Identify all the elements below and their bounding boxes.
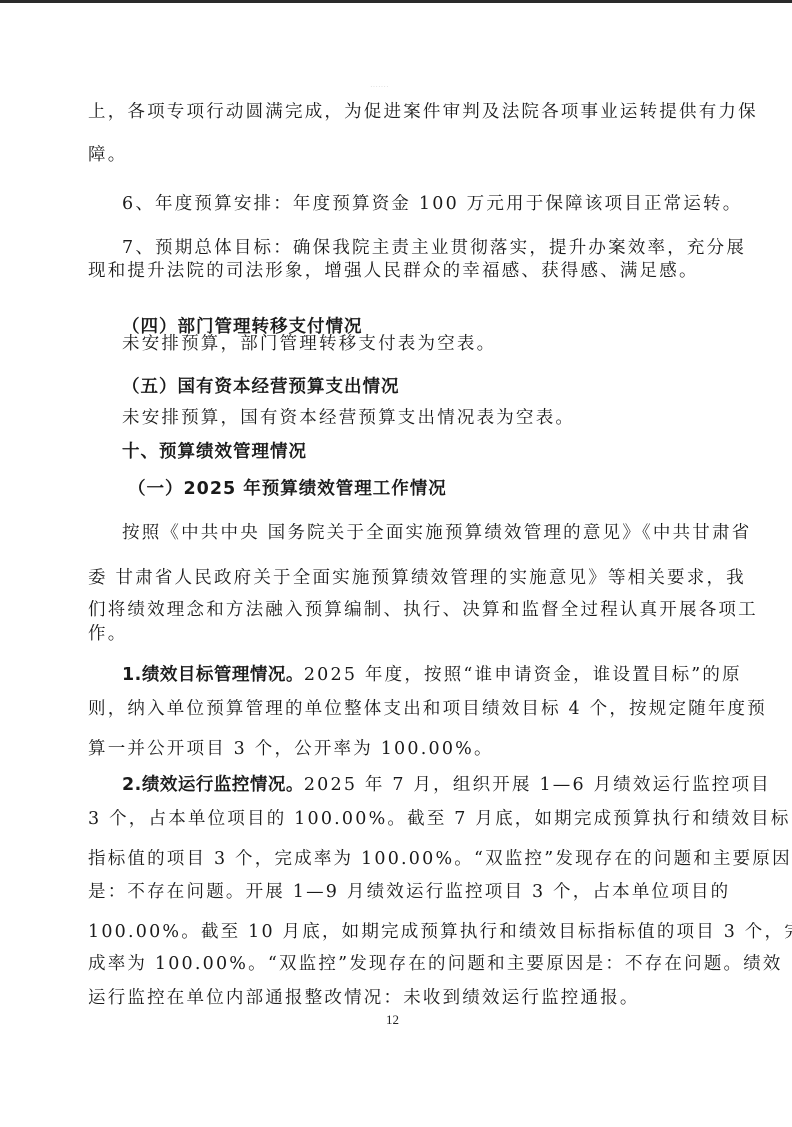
paragraph-line: 障。 (88, 143, 127, 167)
faint-header-mark: ······· (370, 82, 389, 91)
point-2-text: 2025 年 7 月，组织开展 1—6 月绩效运行监控项目 (304, 775, 771, 795)
point-2-line: 2.绩效运行监控情况。2025 年 7 月，组织开展 1—6 月绩效运行监控项目 (122, 773, 771, 797)
point-2-title: 2.绩效运行监控情况。 (122, 775, 304, 795)
paragraph-line: 上，各项专项行动圆满完成，为促进案件审判及法院各项事业运转提供有力保 (88, 100, 758, 124)
intro-line: 作。 (88, 622, 127, 646)
section-4-body: 未安排预算，部门管理转移支付表为空表。 (122, 332, 496, 356)
intro-line: 委 甘肃省人民政府关于全面实施预算绩效管理的实施意见》等相关要求，我 (88, 566, 746, 590)
point-2-line: 是：不存在问题。开展 1—9 月绩效运行监控项目 3 个，占本单位项目的 (88, 880, 730, 904)
point-1-text: 2025 年度，按照“谁申请资金，谁设置目标”的原 (304, 665, 742, 685)
page-number: 12 (386, 1012, 399, 1028)
scan-top-edge (0, 0, 792, 3)
point-1-line: 算一并公开项目 3 个，公开率为 100.00%。 (88, 737, 494, 761)
section-5-heading: （五）国有资本经营预算支出情况 (122, 375, 400, 399)
point-1-line: 1.绩效目标管理情况。2025 年度，按照“谁申请资金，谁设置目标”的原 (122, 663, 742, 687)
item-7-line: 现和提升法院的司法形象，增强人民群众的幸福感、获得感、满足感。 (88, 259, 699, 283)
section-5-body: 未安排预算，国有资本经营预算支出情况表为空表。 (122, 406, 575, 430)
intro-line: 按照《中共中央 国务院关于全面实施预算绩效管理的意见》《中共甘肃省 (122, 521, 751, 545)
point-2-line: 运行监控在单位内部通报整改情况：未收到绩效运行监控通报。 (88, 986, 640, 1010)
item-6-text: 6、年度预算安排：年度预算资金 100 万元用于保障该项目正常运转。 (122, 192, 742, 216)
intro-line: 们将绩效理念和方法融入预算编制、执行、决算和监督全过程认真开展各项工 (88, 598, 758, 622)
point-2-line: 成率为 100.00%。“双监控”发现存在的问题和主要原因是：不存在问题。绩效 (88, 952, 783, 976)
point-2-line: 指标值的项目 3 个，完成率为 100.00%。“双监控”发现存在的问题和主要原… (88, 847, 792, 871)
subsection-1-heading: （一）2025 年预算绩效管理工作情况 (128, 477, 447, 501)
chapter-10-heading: 十、预算绩效管理情况 (122, 440, 307, 464)
item-7-line: 7、预期总体目标：确保我院主责主业贯彻落实，提升办案效率，充分展 (122, 236, 746, 260)
point-1-line: 则，纳入单位预算管理的单位整体支出和项目绩效目标 4 个，按规定随年度预 (88, 697, 767, 721)
point-1-title: 1.绩效目标管理情况。 (122, 665, 304, 685)
point-2-line: 100.00%。截至 10 月底，如期完成预算执行和绩效目标指标值的项目 3 个… (88, 920, 792, 944)
point-2-line: 3 个，占本单位项目的 100.00%。截至 7 月底，如期完成预算执行和绩效目… (88, 807, 791, 831)
